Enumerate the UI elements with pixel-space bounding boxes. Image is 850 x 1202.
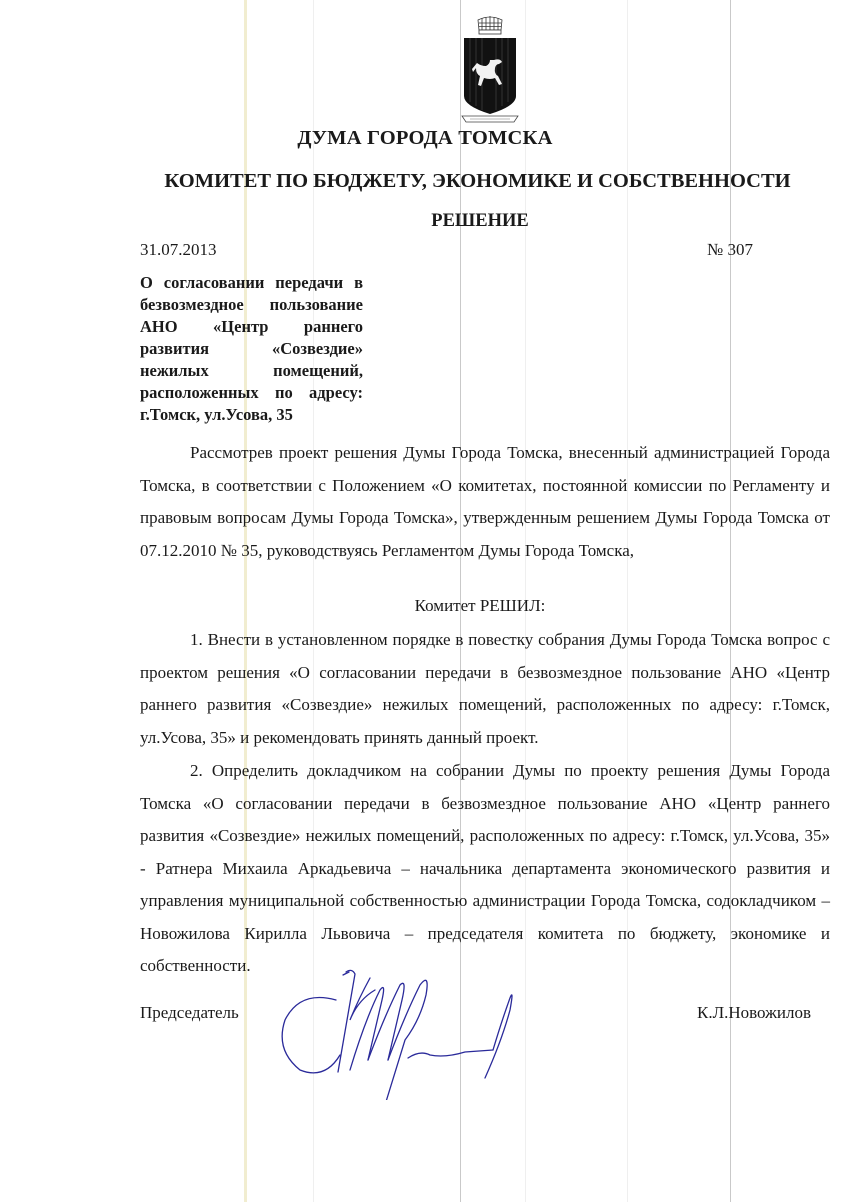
org-name: ДУМА ГОРОДА ТОМСКА: [0, 127, 850, 150]
document-type: РЕШЕНИЕ: [0, 211, 850, 232]
document-subject: О согласовании передачи в безвозмездное …: [140, 272, 363, 426]
document-date: 31.07.2013: [140, 240, 217, 260]
decided-heading: Комитет РЕШИЛ:: [0, 596, 850, 616]
document-number: № 307: [707, 240, 753, 260]
decision-item-1: 1. Внести в установленном порядке в пове…: [140, 624, 830, 754]
handwritten-signature: [240, 960, 600, 1100]
committee-name: КОМИТЕТ ПО БЮДЖЕТУ, ЭКОНОМИКЕ И СОБСТВЕН…: [0, 170, 850, 193]
signatory-name: К.Л.Новожилов: [697, 1003, 811, 1023]
signatory-role: Председатель: [140, 1003, 239, 1023]
intro-paragraph: Рассмотрев проект решения Думы Города То…: [140, 437, 830, 567]
tomsk-coat-of-arms-icon: [454, 14, 526, 126]
decision-item-2: 2. Определить докладчиком на собрании Ду…: [140, 755, 830, 983]
